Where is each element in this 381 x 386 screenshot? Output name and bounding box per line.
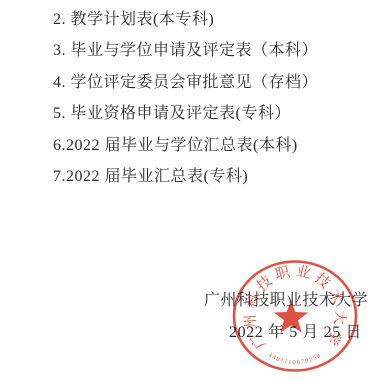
list-item: 7.2022 届毕业汇总表(专科) <box>53 161 318 192</box>
list-item: 5. 毕业资格申请及评定表(专科） <box>53 98 318 129</box>
seal-code-text: 4401110070258 <box>267 352 323 366</box>
official-seal: 广州科技职业技术大学 4401110070258 <box>225 250 365 380</box>
seal-organization-arc-text: 广州科技职业技术大学 <box>241 262 348 351</box>
attachment-list: 2. 教学计划表(本专科) 3. 毕业与学位申请及评定表（本科） 4. 学位评定… <box>53 4 318 192</box>
list-item: 4. 学位评定委员会审批意见（存档） <box>53 67 318 98</box>
list-item: 2. 教学计划表(本专科) <box>53 4 318 35</box>
star-icon <box>274 300 308 333</box>
list-item: 6.2022 届毕业与学位汇总表(本科) <box>53 130 318 161</box>
document-page: 2. 教学计划表(本专科) 3. 毕业与学位申请及评定表（本科） 4. 学位评定… <box>0 0 381 386</box>
list-item: 3. 毕业与学位申请及评定表（本科） <box>53 35 318 66</box>
